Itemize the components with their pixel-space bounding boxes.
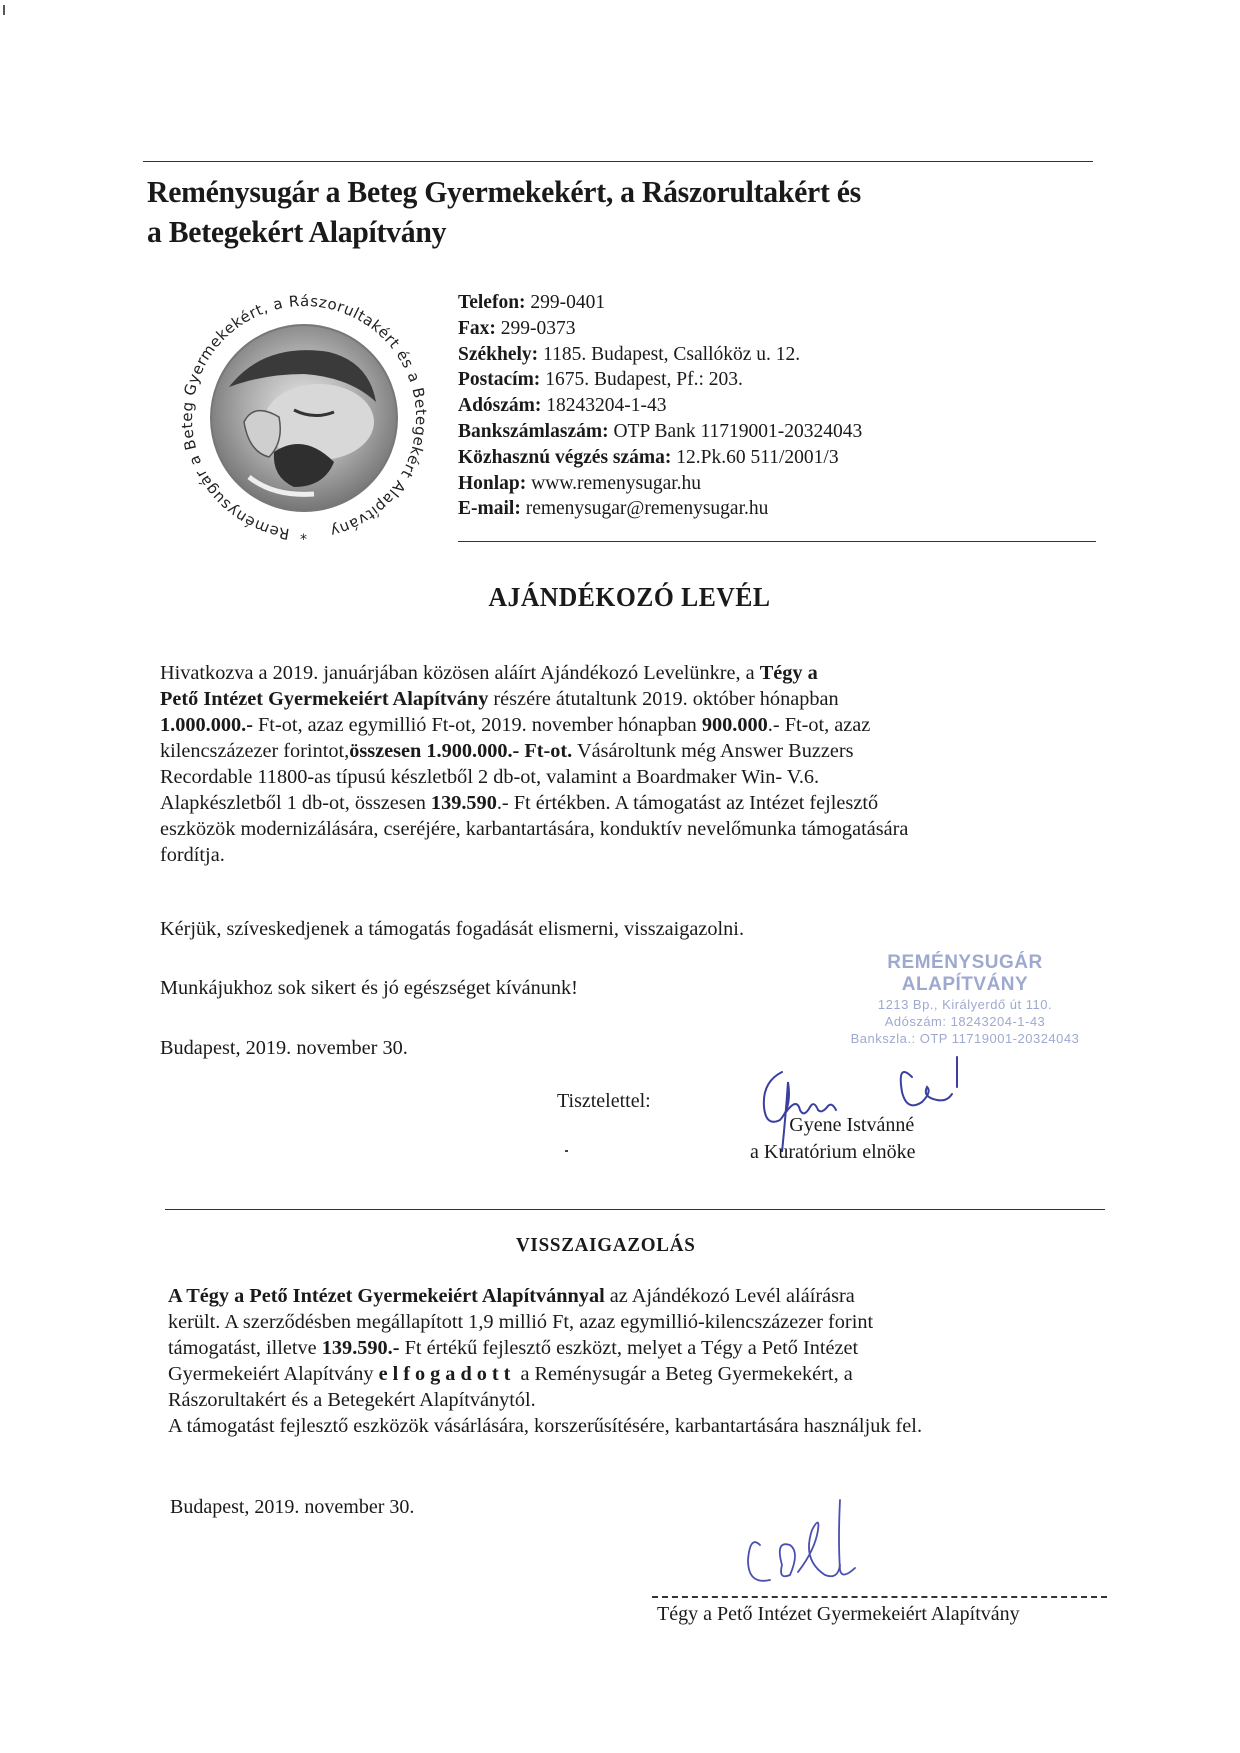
letter-body-line: eszközök modernizálására, cseréjére, kar… (160, 816, 1100, 842)
contact-public-benefit-ruling: Közhasznú végzés száma: 12.Pk.60 511/200… (458, 445, 862, 471)
organization-title-line1: Reménysugár a Beteg Gyermekekért, a Rász… (147, 172, 1069, 212)
signer-name: Gyene Istvánné (750, 1112, 916, 1139)
letter-body-line: Alapkészletből 1 db-ot, összesen 139.590… (160, 790, 1100, 816)
letter-body-lines: Hivatkozva a 2019. januárjában közösen a… (160, 660, 1100, 868)
letter-body: Hivatkozva a 2019. januárjában közösen a… (160, 660, 1100, 868)
scan-artifact (565, 1150, 568, 1152)
confirmation-body: A Tégy a Pető Intézet Gyermekeiért Alapí… (168, 1283, 1118, 1439)
scan-artifact (3, 5, 5, 15)
letter-body-line: kilencszázezer forintot,összesen 1.900.0… (160, 738, 1100, 764)
contact-tax-number: Adószám: 18243204-1-43 (458, 393, 862, 419)
confirmation-body-line: került. A szerződésben megállapított 1,9… (168, 1309, 1118, 1335)
confirmation-body-line: támogatást, illetve 139.590.- Ft értékű … (168, 1335, 1118, 1361)
letter-closing: Tisztelettel: (557, 1090, 651, 1113)
letter-title: AJÁNDÉKOZÓ LEVÉL (31, 582, 1209, 613)
organization-title: Reménysugár a Beteg Gyermekekért, a Rász… (147, 172, 1069, 252)
recipient-signature-icon (730, 1490, 910, 1590)
header-bottom-rule (458, 541, 1096, 542)
contact-fax: Fax: 299-0373 (458, 316, 862, 342)
letter-body-line: 1.000.000.- Ft-ot, azaz egymillió Ft-ot,… (160, 712, 1100, 738)
signer-block: Gyene Istvánné a Kuratórium elnöke (750, 1112, 916, 1166)
organization-title-line2: a Betegekért Alapítvány (147, 212, 1069, 252)
svg-text:*: * (300, 532, 307, 548)
contact-email: E-mail: remenysugar@remenysugar.hu (458, 496, 862, 522)
header-top-rule (143, 161, 1093, 162)
confirmation-body-line: Gyermekeiért Alapítvány elfogadott a Rem… (168, 1361, 1118, 1387)
foundation-stamp: REMÉNYSUGÁR ALAPÍTVÁNY 1213 Bp., Királye… (825, 952, 1105, 1047)
confirmation-title: VISSZAIGAZOLÁS (31, 1234, 1209, 1257)
confirmation-body-line: A Tégy a Pető Intézet Gyermekeiért Alapí… (168, 1283, 1118, 1309)
contact-seat: Székhely: 1185. Budapest, Csallóköz u. 1… (458, 342, 862, 368)
recipient-signature-label: Tégy a Pető Intézet Gyermekeiért Alapítv… (657, 1603, 1020, 1626)
signature-line (652, 1596, 1107, 1598)
contact-website: Honlap: www.remenysugar.hu (458, 471, 862, 497)
confirmation-body-line: Rászorultakért és a Betegekért Alapítván… (168, 1387, 1118, 1413)
contact-bank-account: Bankszámlaszám: OTP Bank 11719001-203240… (458, 419, 862, 445)
letter-body-line: Recordable 11800-as típusú készletből 2 … (160, 764, 1100, 790)
letter-body-line: Pető Intézet Gyermekeiért Alapítvány rés… (160, 686, 1100, 712)
letter-request: Kérjük, szíveskedjenek a támogatás fogad… (160, 916, 1100, 942)
signer-role: a Kuratórium elnöke (750, 1139, 916, 1166)
contact-postal: Postacím: 1675. Budapest, Pf.: 203. (458, 367, 862, 393)
letter-body-line: fordítja. (160, 842, 1100, 868)
foundation-logo-icon: Reménysugár a Beteg Gyermekekért, a Rász… (154, 282, 454, 557)
letter-body-line: Hivatkozva a 2019. januárjában közösen a… (160, 660, 1100, 686)
confirmation-body-line: A támogatást fejlesztő eszközök vásárlás… (168, 1413, 1118, 1439)
contact-phone: Telefon: 299-0401 (458, 290, 862, 316)
section-divider (165, 1209, 1105, 1210)
confirmation-body-lines: A Tégy a Pető Intézet Gyermekeiért Alapí… (168, 1283, 1118, 1439)
confirmation-date: Budapest, 2019. november 30. (170, 1496, 414, 1519)
contact-block: Telefon: 299-0401 Fax: 299-0373 Székhely… (458, 290, 862, 522)
